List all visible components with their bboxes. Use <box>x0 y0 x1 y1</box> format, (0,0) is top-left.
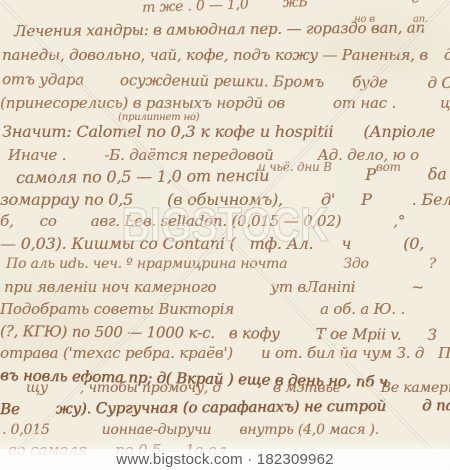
handwriting-segment: а об. а Ю. . <box>320 300 405 318</box>
handwriting-segment: отъ удара <box>2 70 84 89</box>
handwriting-segment: ч <box>341 234 351 253</box>
handwriting-segment: тф. Ал. <box>250 234 314 253</box>
handwriting-segment: самоля по 0,5 — 1,0 от пенсіи <box>16 166 269 187</box>
handwriting-line: . 0,015ионнае-дыручивнутрь (4,0 мася ). <box>2 422 379 438</box>
handwriting-segment: в кофу <box>229 324 280 342</box>
handwriting-segment: (принесорелись) в разныхъ нордй ов <box>0 94 285 112</box>
handwriting-segment: (0, <box>403 234 424 253</box>
handwriting-segment: д <box>444 46 450 64</box>
handwriting-segment: жу). Сургучная (о сарафанахъ) не ситрой <box>55 397 386 418</box>
handwriting-segment: панеды, довольно, чай, кофе, подъ кожу —… <box>2 46 428 64</box>
handwriting-segment: ция <box>440 94 450 112</box>
handwriting-segment: . Бел <box>412 190 450 209</box>
handwriting-segment: З <box>427 326 436 344</box>
handwriting-segment: зомаррау по 0,5 <box>0 190 133 209</box>
handwriting-segment: — 0,03). Кишмы со Contani ( <box>0 234 236 253</box>
handwriting-line: По аль udь. чеч. º нрармицрина ночтаЗдо? <box>6 256 436 272</box>
handwriting-segment: Подобрать советы Викторія <box>0 300 234 318</box>
handwriting-segment: -Б. даётся передовой <box>104 146 273 164</box>
handwriting-line: — 0,03). Кишмы со Contani (тф. Ал.ч(0, <box>0 234 424 253</box>
handwriting-line: Подобрать советы Викторіяа об. а Ю. . <box>0 300 405 318</box>
handwriting-segment: ? <box>429 256 436 272</box>
handwriting-segment: б, <box>0 212 14 230</box>
handwriting-segment: д паю <box>422 396 450 414</box>
handwriting-segment: Иначе . <box>8 146 66 164</box>
handwriting-line: зомаррау по 0,5(в обычномъ),д'Р. Бел <box>0 190 450 209</box>
handwriting-segment: щу <box>26 380 48 396</box>
handwriting-segment: Значит: Calomel по 0,3 к кофе и hospitii <box>2 122 333 141</box>
handwriting-segment: (Апріоле <box>363 122 435 141</box>
handwriting-segment: осуждений решки. Бромъ <box>120 71 324 91</box>
handwriting-line: при явленіи ноч камерногоут вЛанini~ <box>4 278 424 296</box>
handwriting-line: (принесорелись) в разныхъ нордй овот нас… <box>0 94 450 112</box>
watermark-bottom-bar: www.bigstock.com · 182309962 <box>0 449 450 470</box>
handwriting-line: б,соавг. Lев. selladon. (0,015 — 0,02),° <box>0 212 405 230</box>
bottom-bar-text: www.bigstock.com · 182309962 <box>116 451 333 468</box>
handwriting-segment: Р <box>361 190 372 209</box>
handwriting-segment: д О <box>427 74 450 92</box>
handwriting-line: (?, КГЮ) по 500 — 1000 к-с.в кофуТ ое Мр… <box>0 322 437 344</box>
handwriting-segment: , чтобы промочу, д <box>80 380 221 396</box>
handwriting-segment: жЬ <box>282 0 307 11</box>
handwriting-line: Значит: Calomel по 0,3 к кофе и hospitii… <box>2 122 450 141</box>
handwriting-segment: По носкамъ <box>438 344 450 362</box>
stock-photo-vintage-handwriting: т же . 0 — 1,0жЬс'Лечения хандры: в амью… <box>0 0 450 470</box>
handwriting-segment: но в <box>354 14 375 25</box>
handwriting-segment: в мэтвье <box>273 380 341 396</box>
handwriting-line: панеды, довольно, чай, кофе, подъ кожу —… <box>2 46 450 64</box>
handwriting-segment: Р <box>365 165 376 184</box>
handwriting-segment: Т ое Мрii v. <box>316 325 402 344</box>
handwriting-segment: д' <box>321 190 335 209</box>
handwriting-line: самоля по 0,5 — 1,0 от пенсіиРδа <box>16 164 447 187</box>
handwriting-line: отрава ('техас ребра. краёв')и от. бил й… <box>0 344 450 362</box>
handwriting-segment: Ве камерного <box>381 380 450 396</box>
handwriting-line: щу, чтобы промочу, дв мэтвьеВе камерного <box>26 380 450 396</box>
handwriting-segment: δа <box>428 164 447 183</box>
handwriting-segment: Здо <box>343 256 368 272</box>
handwriting-segment: при явленіи ноч камерного <box>4 278 216 296</box>
handwriting-segment: ~ <box>411 278 423 296</box>
handwriting-segment: ,° <box>393 212 405 230</box>
handwriting-segment: По аль udь. чеч. º нрармицрина ночта <box>6 256 287 272</box>
handwriting-segment: со <box>40 212 57 230</box>
handwriting-segment: т же . 0 — 1,0 <box>142 0 249 16</box>
handwriting-line: но вап. <box>354 14 428 25</box>
handwriting-segment: Ве <box>0 400 20 418</box>
handwriting-segment: ут вЛанini <box>270 278 355 296</box>
handwriting-segment: (?, КГЮ) по 500 — 1000 к-с. <box>0 322 215 342</box>
handwriting-segment: ионнае-дыручи <box>102 422 212 438</box>
handwriting-segment: с' <box>411 0 423 7</box>
handwriting-segment: внутрь (4,0 мася ). <box>239 422 379 438</box>
